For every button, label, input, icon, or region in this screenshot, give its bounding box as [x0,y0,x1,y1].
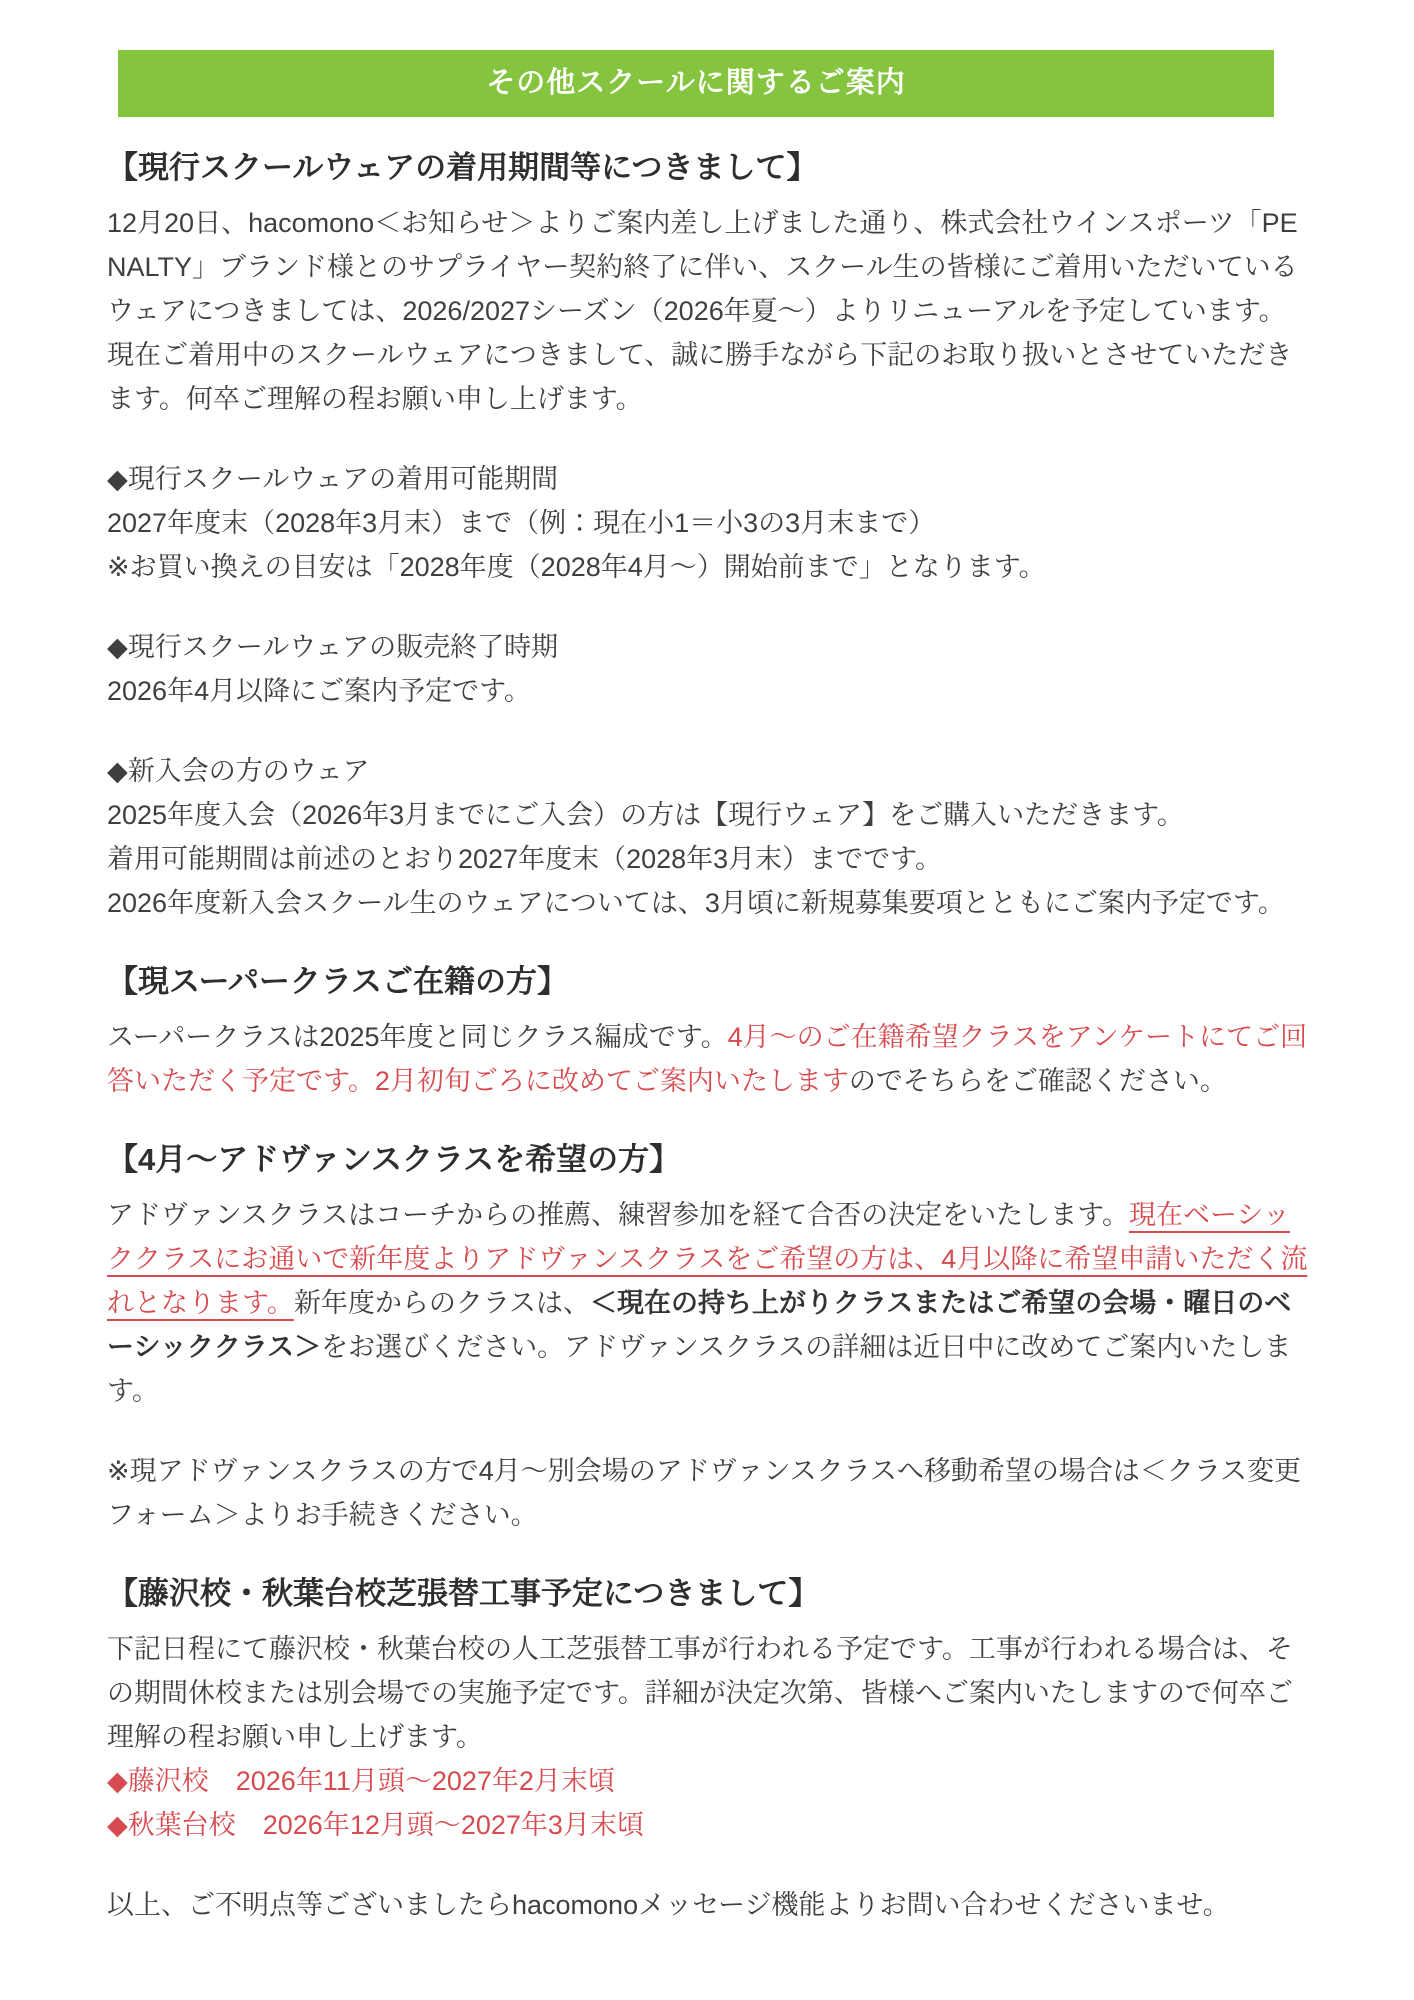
subsection-wear-sales-end: ◆現行スクールウェアの販売終了時期 2026年4月以降にご案内予定です。 [107,625,1310,713]
super-class-text-black-1: スーパークラスは2025年度と同じクラス編成です。 [107,1022,728,1052]
section-turf-work: 【藤沢校・秋葉台校芝張替工事予定につきまして】 下記日程にて藤沢校・秋葉台校の人… [107,1573,1310,1847]
advance-class-text-1: アドヴァンスクラスはコーチからの推薦、練習参加を経て合否の決定をいたします。 [107,1200,1129,1230]
subsection-wear-period: ◆現行スクールウェアの着用可能期間 2027年度末（2028年3月末）まで（例：… [107,457,1310,589]
section-wear: 【現行スクールウェアの着用期間等につきまして】 12月20日、hacomono＜… [107,147,1310,421]
subsection-title: ◆現行スクールウェアの販売終了時期 [107,625,1310,669]
advance-class-paragraph: アドヴァンスクラスはコーチからの推薦、練習参加を経て合否の決定をいたします。現在… [107,1193,1310,1413]
subsection-line: 2025年度入会（2026年3月までにご入会）の方は【現行ウェア】をご購入いただ… [107,793,1310,837]
wear-intro-paragraph-1: 12月20日、hacomono＜お知らせ＞よりご案内差し上げました通り、株式会社… [107,201,1310,333]
subsection-line: 2026年度新入会スクール生のウェアについては、3月頃に新規募集要項とともにご案… [107,881,1310,925]
turf-work-paragraph: 下記日程にて藤沢校・秋葉台校の人工芝張替工事が行われる予定です。工事が行われる場… [107,1627,1310,1759]
subsection-line: ※お買い換えの目安は「2028年度（2028年4月～）開始前まで」となります。 [107,545,1310,589]
section-super-class: 【現スーパークラスご在籍の方】 スーパークラスは2025年度と同じクラス編成です… [107,961,1310,1103]
advance-class-note-block: ※現アドヴァンスクラスの方で4月～別会場のアドヴァンスクラスへ移動希望の場合は＜… [107,1449,1310,1537]
subsection-line: 2026年4月以降にご案内予定です。 [107,669,1310,713]
subsection-line: 着用可能期間は前述のとおり2027年度末（2028年3月末）までです。 [107,837,1310,881]
subsection-new-members-wear: ◆新入会の方のウェア 2025年度入会（2026年3月までにご入会）の方は【現行… [107,749,1310,925]
section-heading-advance-class: 【4月～アドヴァンスクラスを希望の方】 [107,1139,1310,1181]
advance-class-note: ※現アドヴァンスクラスの方で4月～別会場のアドヴァンスクラスへ移動希望の場合は＜… [107,1449,1310,1537]
section-advance-class: 【4月～アドヴァンスクラスを希望の方】 アドヴァンスクラスはコーチからの推薦、練… [107,1139,1310,1413]
turf-schedule-fujisawa: ◆藤沢校 2026年11月頭～2027年2月末頃 [107,1759,1310,1803]
section-heading-turf-work: 【藤沢校・秋葉台校芝張替工事予定につきまして】 [107,1573,1310,1615]
notice-banner: その他スクールに関するご案内 [118,50,1274,117]
wear-intro-paragraph-2: 現在ご着用中のスクールウェアにつきまして、誠に勝手ながら下記のお取り扱いとさせて… [107,333,1310,421]
announcement-page: その他スクールに関するご案内 【現行スクールウェアの着用期間等につきまして】 1… [0,0,1414,1927]
subsection-title: ◆現行スクールウェアの着用可能期間 [107,457,1310,501]
super-class-text-black-2: のでそちらをご確認ください。 [849,1066,1227,1096]
subsection-line: 2027年度末（2028年3月末）まで（例：現在小1＝小3の3月末まで） [107,501,1310,545]
footer-contact-note: 以上、ご不明点等ございましたらhacomonoメッセージ機能よりお問い合わせくだ… [107,1883,1310,1927]
advance-class-text-2: 新年度からのクラスは、 [294,1288,590,1318]
super-class-paragraph: スーパークラスは2025年度と同じクラス編成です。4月～のご在籍希望クラスをアン… [107,1015,1310,1103]
subsection-title: ◆新入会の方のウェア [107,749,1310,793]
section-heading-super-class: 【現スーパークラスご在籍の方】 [107,961,1310,1003]
turf-schedule-akibadai: ◆秋葉台校 2026年12月頭～2027年3月末頃 [107,1803,1310,1847]
section-heading-wear: 【現行スクールウェアの着用期間等につきまして】 [107,147,1310,189]
